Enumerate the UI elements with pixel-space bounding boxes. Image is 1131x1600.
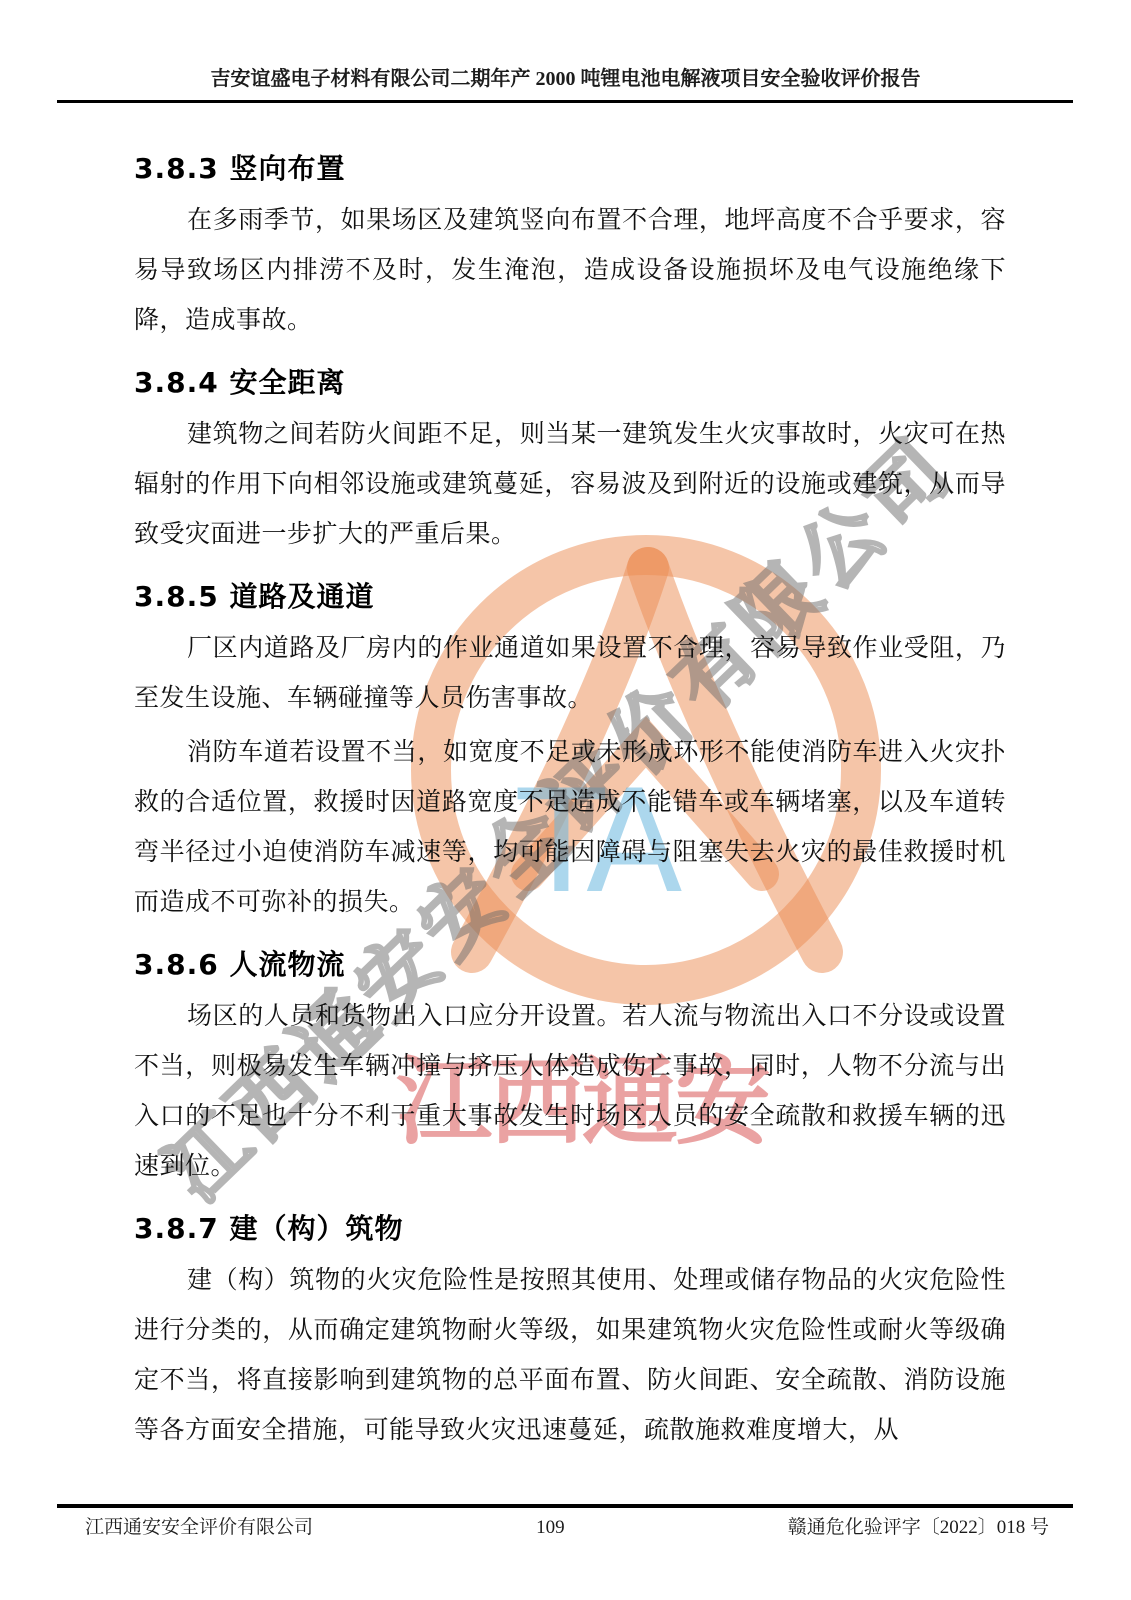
section-heading-3-8-4: 3.8.4 安全距离 bbox=[134, 364, 1006, 402]
paragraph: 场区的人员和货物出入口应分开设置。若人流与物流出入口不分设或设置不当，则极易发生… bbox=[134, 992, 1006, 1192]
section-heading-3-8-6: 3.8.6 人流物流 bbox=[134, 946, 1006, 984]
section-heading-3-8-3: 3.8.3 竖向布置 bbox=[134, 150, 1006, 188]
paragraph: 厂区内道路及厂房内的作业通道如果设置不合理，容易导致作业受阻，乃至发生设施、车辆… bbox=[134, 624, 1006, 724]
paragraph: 建（构）筑物的火灾危险性是按照其使用、处理或储存物品的火灾危险性进行分类的，从而… bbox=[134, 1256, 1006, 1456]
document-page: TA 江西通安安全评价有限公司 江西通安 吉安谊盛电子材料有限公司二期年产 20… bbox=[0, 0, 1131, 1600]
footer-company: 江西通安安全评价有限公司 bbox=[57, 1512, 313, 1539]
footer-doc-number: 赣通危化验评字〔2022〕018 号 bbox=[788, 1512, 1073, 1539]
page-header-title: 吉安谊盛电子材料有限公司二期年产 2000 吨锂电池电解液项目安全验收评价报告 bbox=[0, 62, 1131, 91]
footer-page-number: 109 bbox=[536, 1517, 565, 1539]
document-body: 3.8.3 竖向布置 在多雨季节，如果场区及建筑竖向布置不合理，地坪高度不合乎要… bbox=[134, 150, 1006, 1456]
footer-rule bbox=[57, 1504, 1073, 1508]
section-heading-3-8-7: 3.8.7 建（构）筑物 bbox=[134, 1210, 1006, 1248]
header-rule bbox=[57, 100, 1073, 103]
paragraph: 消防车道若设置不当，如宽度不足或未形成环形不能使消防车进入火灾扑救的合适位置，救… bbox=[134, 728, 1006, 928]
page-footer: 江西通安安全评价有限公司 109 赣通危化验评字〔2022〕018 号 bbox=[57, 1512, 1073, 1539]
section-heading-3-8-5: 3.8.5 道路及通道 bbox=[134, 578, 1006, 616]
paragraph: 在多雨季节，如果场区及建筑竖向布置不合理，地坪高度不合乎要求，容易导致场区内排涝… bbox=[134, 196, 1006, 346]
paragraph: 建筑物之间若防火间距不足，则当某一建筑发生火灾事故时，火灾可在热辐射的作用下向相… bbox=[134, 410, 1006, 560]
